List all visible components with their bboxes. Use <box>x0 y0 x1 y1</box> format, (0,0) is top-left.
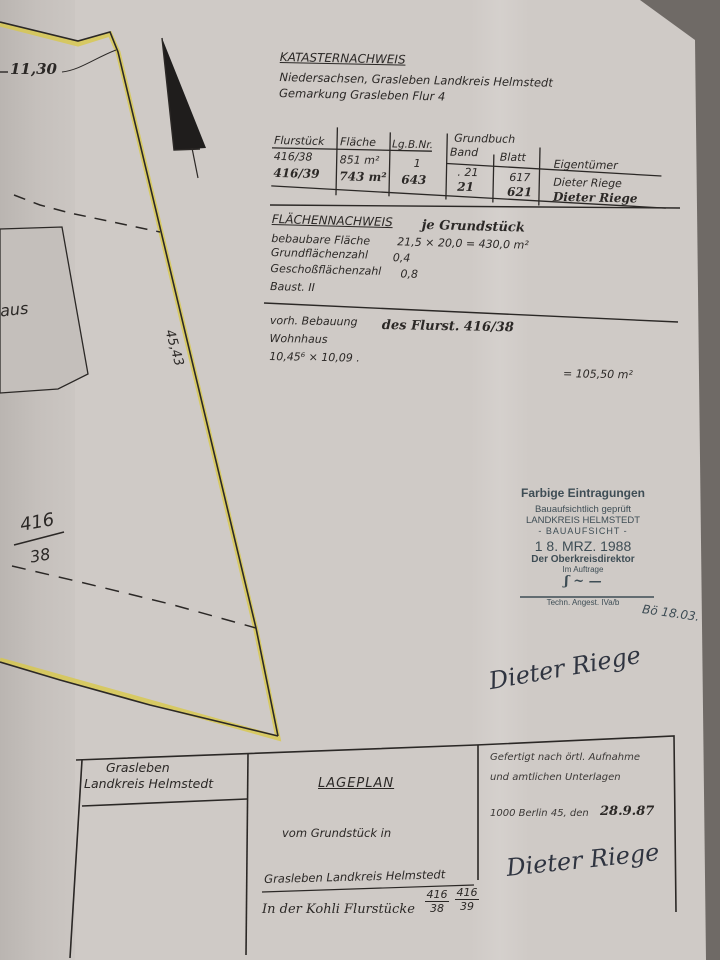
stamp-line1: Farbige Eintragungen <box>508 486 658 500</box>
stamp-line2: Bauaufsichtlich geprüft <box>508 504 658 515</box>
building-label: aus <box>0 299 29 321</box>
grz-label: Grundflächenzahl <box>271 246 368 262</box>
title-left-line2: Landkreis Helmstedt <box>84 776 213 791</box>
title-right-date: 28.9.87 <box>600 804 654 819</box>
header-lgbnr: Lg.B.Nr. <box>392 138 433 151</box>
kataster-table: Flurstück Fläche Lg.B.Nr. Grundbuch Band… <box>271 126 673 214</box>
bebaubar-label: bebaubare Fläche <box>271 232 370 248</box>
title-center: LAGEPLAN <box>318 776 394 791</box>
building-dims: 10,45⁶ × 10,09 . <box>269 350 360 365</box>
header-blatt: Blatt <box>500 151 526 165</box>
cell-eigentuemer: Dieter Riege <box>553 176 622 190</box>
parcel-label-denominator: 38 <box>29 544 52 566</box>
cell-blatt: 621 <box>507 185 532 200</box>
grz-value: 0,4 <box>393 251 411 264</box>
approval-stamp: Farbige Eintragungen Bauaufsichtlich gep… <box>508 486 658 607</box>
fraction-denominator: 39 <box>455 900 479 913</box>
title-right-line1: Gefertigt nach örtl. Aufnahme <box>490 752 640 763</box>
title-right-line2: und amtlichen Unterlagen <box>490 772 621 783</box>
north-arrow-icon <box>162 38 206 178</box>
bebauung-handwritten: des Flurst. 416/38 <box>382 318 514 335</box>
header-flaeche: Fläche <box>340 135 376 149</box>
cell-lgbnr: 643 <box>401 173 426 188</box>
stamp-line7: Techn. Angest. IVa/b <box>508 598 658 607</box>
header-band: Band <box>450 146 479 160</box>
title-center-line1: vom Grundstück in <box>282 826 391 840</box>
cell-band: 21 <box>457 180 474 194</box>
dimension-top-label: 11,30 <box>10 60 57 78</box>
header-eigentuemer: Eigentümer <box>554 158 618 172</box>
header-flurstueck: Flurstück <box>274 134 325 148</box>
gfz-value: 0,8 <box>400 267 418 280</box>
building-area: = 105,50 m² <box>563 367 633 381</box>
building-type: Wohnhaus <box>269 332 327 346</box>
header-grundbuch: Grundbuch <box>454 132 515 146</box>
stamp-line3: LANDKREIS HELMSTEDT <box>508 515 658 526</box>
fraction-numerator: 416 <box>425 888 449 902</box>
building-line-top <box>14 195 160 232</box>
cell-blatt: 617 <box>509 171 530 184</box>
cell-band: . 21 <box>457 166 478 179</box>
stamp-date: 1 8. MRZ. 1988 <box>508 538 658 554</box>
cell-flaeche: 743 m² <box>339 169 386 184</box>
fraction-denominator: 38 <box>425 902 449 915</box>
stamp-line5: Der Oberkreisdirektor <box>508 554 658 565</box>
cell-flurstueck: 416/38 <box>274 150 313 164</box>
cell-flurstueck: 416/39 <box>273 166 319 181</box>
title-center-line3: In der Kohli Flurstücke <box>262 902 415 917</box>
cell-eigentuemer: Dieter Riege <box>553 190 638 206</box>
building-line-bottom <box>12 566 256 628</box>
flurstueck-fraction: 416 38 <box>425 888 449 915</box>
bebauung-label: vorh. Bebauung <box>270 314 358 329</box>
stamp-line4: - BAUAUFSICHT - <box>508 526 658 536</box>
stamp-line6: Im Auftrage <box>508 565 658 574</box>
cell-flaeche: 851 m² <box>340 153 380 167</box>
kataster-title: KATASTERNACHWEIS <box>280 50 406 67</box>
stamp-signature: ʃ ~ — <box>508 574 658 594</box>
cell-lgbnr: 1 <box>414 157 421 170</box>
title-left-line1: Grasleben <box>106 760 170 775</box>
flurstueck-fraction: 416 39 <box>455 886 479 913</box>
title-right-place: 1000 Berlin 45, den <box>490 808 589 819</box>
fraction-numerator: 416 <box>455 886 479 900</box>
baust-label: Baust. II <box>270 280 315 294</box>
flaechen-title-suffix: je Grundstück <box>422 218 526 236</box>
